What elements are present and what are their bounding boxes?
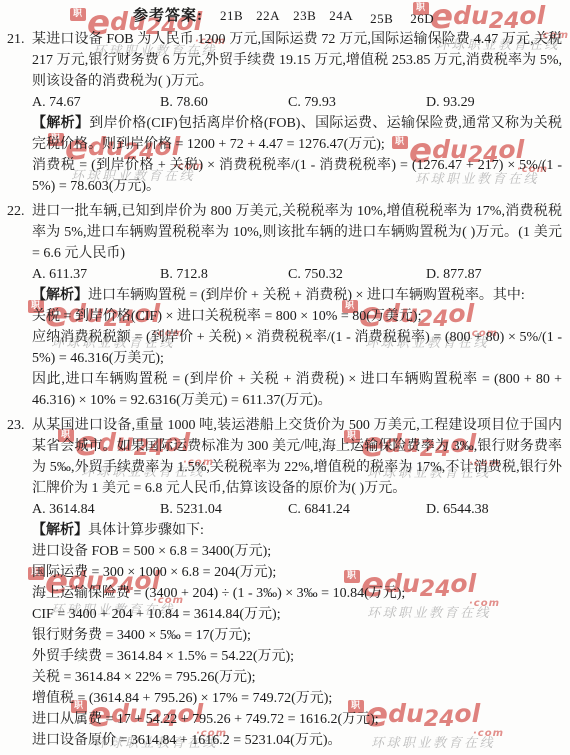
question-content: 某进口设备 FOB 为人民币 1200 万元,国际运费 72 万元,国际运输保险… — [32, 29, 562, 197]
analysis-line: 关税 = 3614.84 × 22% = 795.26(万元); — [32, 667, 562, 688]
analysis-line: 进口从属费 = 17 + 54.22 + 795.26 + 749.72 = 1… — [32, 709, 562, 730]
question-content: 进口一批车辆,已知到岸价为 800 万美元,关税税率为 10%,增值税税率为 1… — [32, 201, 562, 411]
analysis-line: 【解析】具体计算步骤如下: — [32, 520, 562, 541]
option-item: C. 750.32 — [288, 264, 426, 285]
option-item: B. 78.60 — [160, 92, 288, 113]
answer-key-page: 职edu24ol·com环球职业教育在线职edu24ol·com环球职业教育在线… — [0, 0, 570, 755]
option-item: A. 3614.84 — [32, 499, 160, 520]
answer-key-item: 25B — [370, 11, 393, 26]
analysis-line: 海上运输保险费 = (3400 + 204) ÷ (1 - 3‰) × 3‰ =… — [32, 583, 562, 604]
analysis-label: 【解析】 — [32, 523, 88, 538]
answer-key-item: 22A — [256, 8, 280, 23]
analysis-line: 因此,进口车辆购置税 = (到岸价 + 关税 + 消费税) × 进口车辆购置税率… — [32, 369, 562, 411]
question-number: 21. — [5, 29, 32, 50]
question-body: 从某国进口设备,重量 1000 吨,装运港船上交货价为 500 万美元,工程建设… — [32, 415, 562, 499]
question-number: 23. — [5, 415, 32, 436]
options-row: A. 74.67B. 78.60C. 79.93D. 93.29 — [32, 92, 562, 113]
analysis-line: 外贸手续费 = 3614.84 × 1.5% = 54.22(万元); — [32, 646, 562, 667]
analysis-line: 【解析】进口车辆购置税 = (到岸价 + 关税 + 消费税) × 进口车辆购置税… — [32, 285, 562, 306]
answer-key-title: 参考答案: — [133, 8, 203, 24]
question-body: 某进口设备 FOB 为人民币 1200 万元,国际运费 72 万元,国际运输保险… — [32, 29, 562, 92]
option-item: B. 5231.04 — [160, 499, 288, 520]
question-block: 22.进口一批车辆,已知到岸价为 800 万美元,关税税率为 10%,增值税税率… — [5, 201, 562, 411]
question-block: 23.从某国进口设备,重量 1000 吨,装运港船上交货价为 500 万美元,工… — [5, 415, 562, 751]
option-item: A. 611.37 — [32, 264, 160, 285]
options-row: A. 3614.84B. 5231.04C. 6841.24D. 6544.38 — [32, 499, 562, 520]
analysis-line: 消费税 = (到岸价格 + 关税) × 消费税税率/(1 - 消费税税率) = … — [32, 155, 562, 197]
options-row: A. 611.37B. 712.8C. 750.32D. 877.87 — [32, 264, 562, 285]
analysis-line: 【解析】到岸价格(CIF)包括离岸价格(FOB)、国际运费、运输保险费,通常又称… — [32, 113, 562, 155]
analysis-line: 应纳消费税税额 = (到岸价 + 关税) × 消费税税率/(1 - 消费税税率)… — [32, 327, 562, 369]
option-item: D. 877.87 — [426, 264, 482, 285]
analysis-label: 【解析】 — [32, 116, 89, 131]
analysis-line: 增值税 = (3614.84 + 795.26) × 17% = 749.72(… — [32, 688, 562, 709]
answer-key-list: 21B22A23B24A25B26D — [207, 7, 434, 24]
question-block: 21.某进口设备 FOB 为人民币 1200 万元,国际运费 72 万元,国际运… — [5, 29, 562, 197]
questions-list: 21.某进口设备 FOB 为人民币 1200 万元,国际运费 72 万元,国际运… — [5, 29, 562, 751]
option-item: B. 712.8 — [160, 264, 288, 285]
option-item: D. 6544.38 — [426, 499, 489, 520]
answer-key-item: 24A — [329, 8, 353, 23]
answer-key-item: 21B — [220, 8, 243, 23]
option-item: C. 79.93 — [288, 92, 426, 113]
option-item: C. 6841.24 — [288, 499, 426, 520]
answer-key-item: 26D — [410, 11, 434, 26]
analysis-label: 【解析】 — [32, 288, 88, 303]
question-body: 进口一批车辆,已知到岸价为 800 万美元,关税税率为 10%,增值税税率为 1… — [32, 201, 562, 264]
analysis-line: 进口设备原价 = 3614.84 + 1616.2 = 5231.04(万元)。 — [32, 730, 562, 751]
analysis-line: 进口设备 FOB = 500 × 6.8 = 3400(万元); — [32, 541, 562, 562]
question-number: 22. — [5, 201, 32, 222]
question-content: 从某国进口设备,重量 1000 吨,装运港船上交货价为 500 万美元,工程建设… — [32, 415, 562, 751]
option-item: D. 93.29 — [426, 92, 475, 113]
answer-key-header: 参考答案: 21B22A23B24A25B26D — [5, 4, 562, 29]
option-item: A. 74.67 — [32, 92, 160, 113]
document-content: 参考答案: 21B22A23B24A25B26D 21.某进口设备 FOB 为人… — [0, 0, 570, 751]
analysis-line: 关税 = 到岸价格(CIF) × 进口关税税率 = 800 × 10% = 80… — [32, 306, 562, 327]
analysis-line: 国际运费 = 300 × 1000 × 6.8 = 204(万元); — [32, 562, 562, 583]
analysis-line: CIF = 3400 + 204 + 10.84 = 3614.84(万元); — [32, 604, 562, 625]
analysis-line: 银行财务费 = 3400 × 5‰ = 17(万元); — [32, 625, 562, 646]
answer-key-item: 23B — [293, 8, 316, 23]
